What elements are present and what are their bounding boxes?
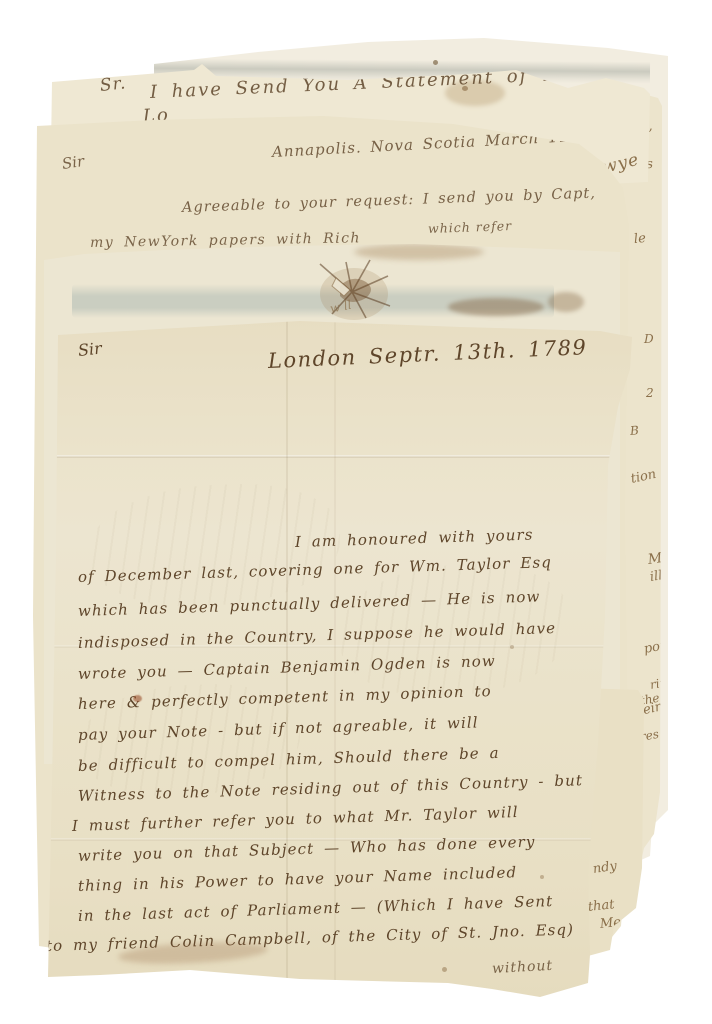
london-body-line: to my friend Colin Campbell, of the City… [46,920,575,955]
annapolis-line1: Agreeable to your request: I send you by… [182,186,596,216]
photograph-of-letter-stack: ll, lls le D 2 B tion M ill port ring th… [0,0,712,1024]
london-body-line: I must further refer you to what Mr. Tay… [72,803,519,835]
statement-salutation: Sr. [99,73,127,96]
edge-fragment: le [633,231,646,247]
fold-crease [40,455,640,458]
edge-fragment: ndy [592,859,618,877]
edge-fragment: 2 [646,386,654,400]
sheet-london-letter: Sir London Septr. 13th. 1789 I am honour… [40,315,640,1001]
edge-fragment: D [644,332,654,346]
ink-speck [433,60,438,65]
london-salutation: Sir [77,339,103,360]
london-dateline: London Septr. 13th. 1789 [267,335,587,373]
edge-fragment: B [629,423,639,438]
rust-spot [133,695,142,702]
fox-spot [510,645,514,649]
stain-smear [548,292,584,312]
edge-fragment: that [587,897,615,915]
london-catchword: without [492,958,554,977]
annapolis-interline: which refer [428,218,513,236]
fox-spot [540,875,544,879]
edge-fragment: tion [629,467,657,487]
edge-fragment: port [643,637,673,657]
london-body-line: thing in his Power to have your Name inc… [78,863,518,895]
stain-smear [448,298,544,316]
fox-spot [442,967,447,972]
london-body-line: in the last act of Parliament — (Which I… [78,892,554,925]
annapolis-salutation: Sir [61,152,86,173]
